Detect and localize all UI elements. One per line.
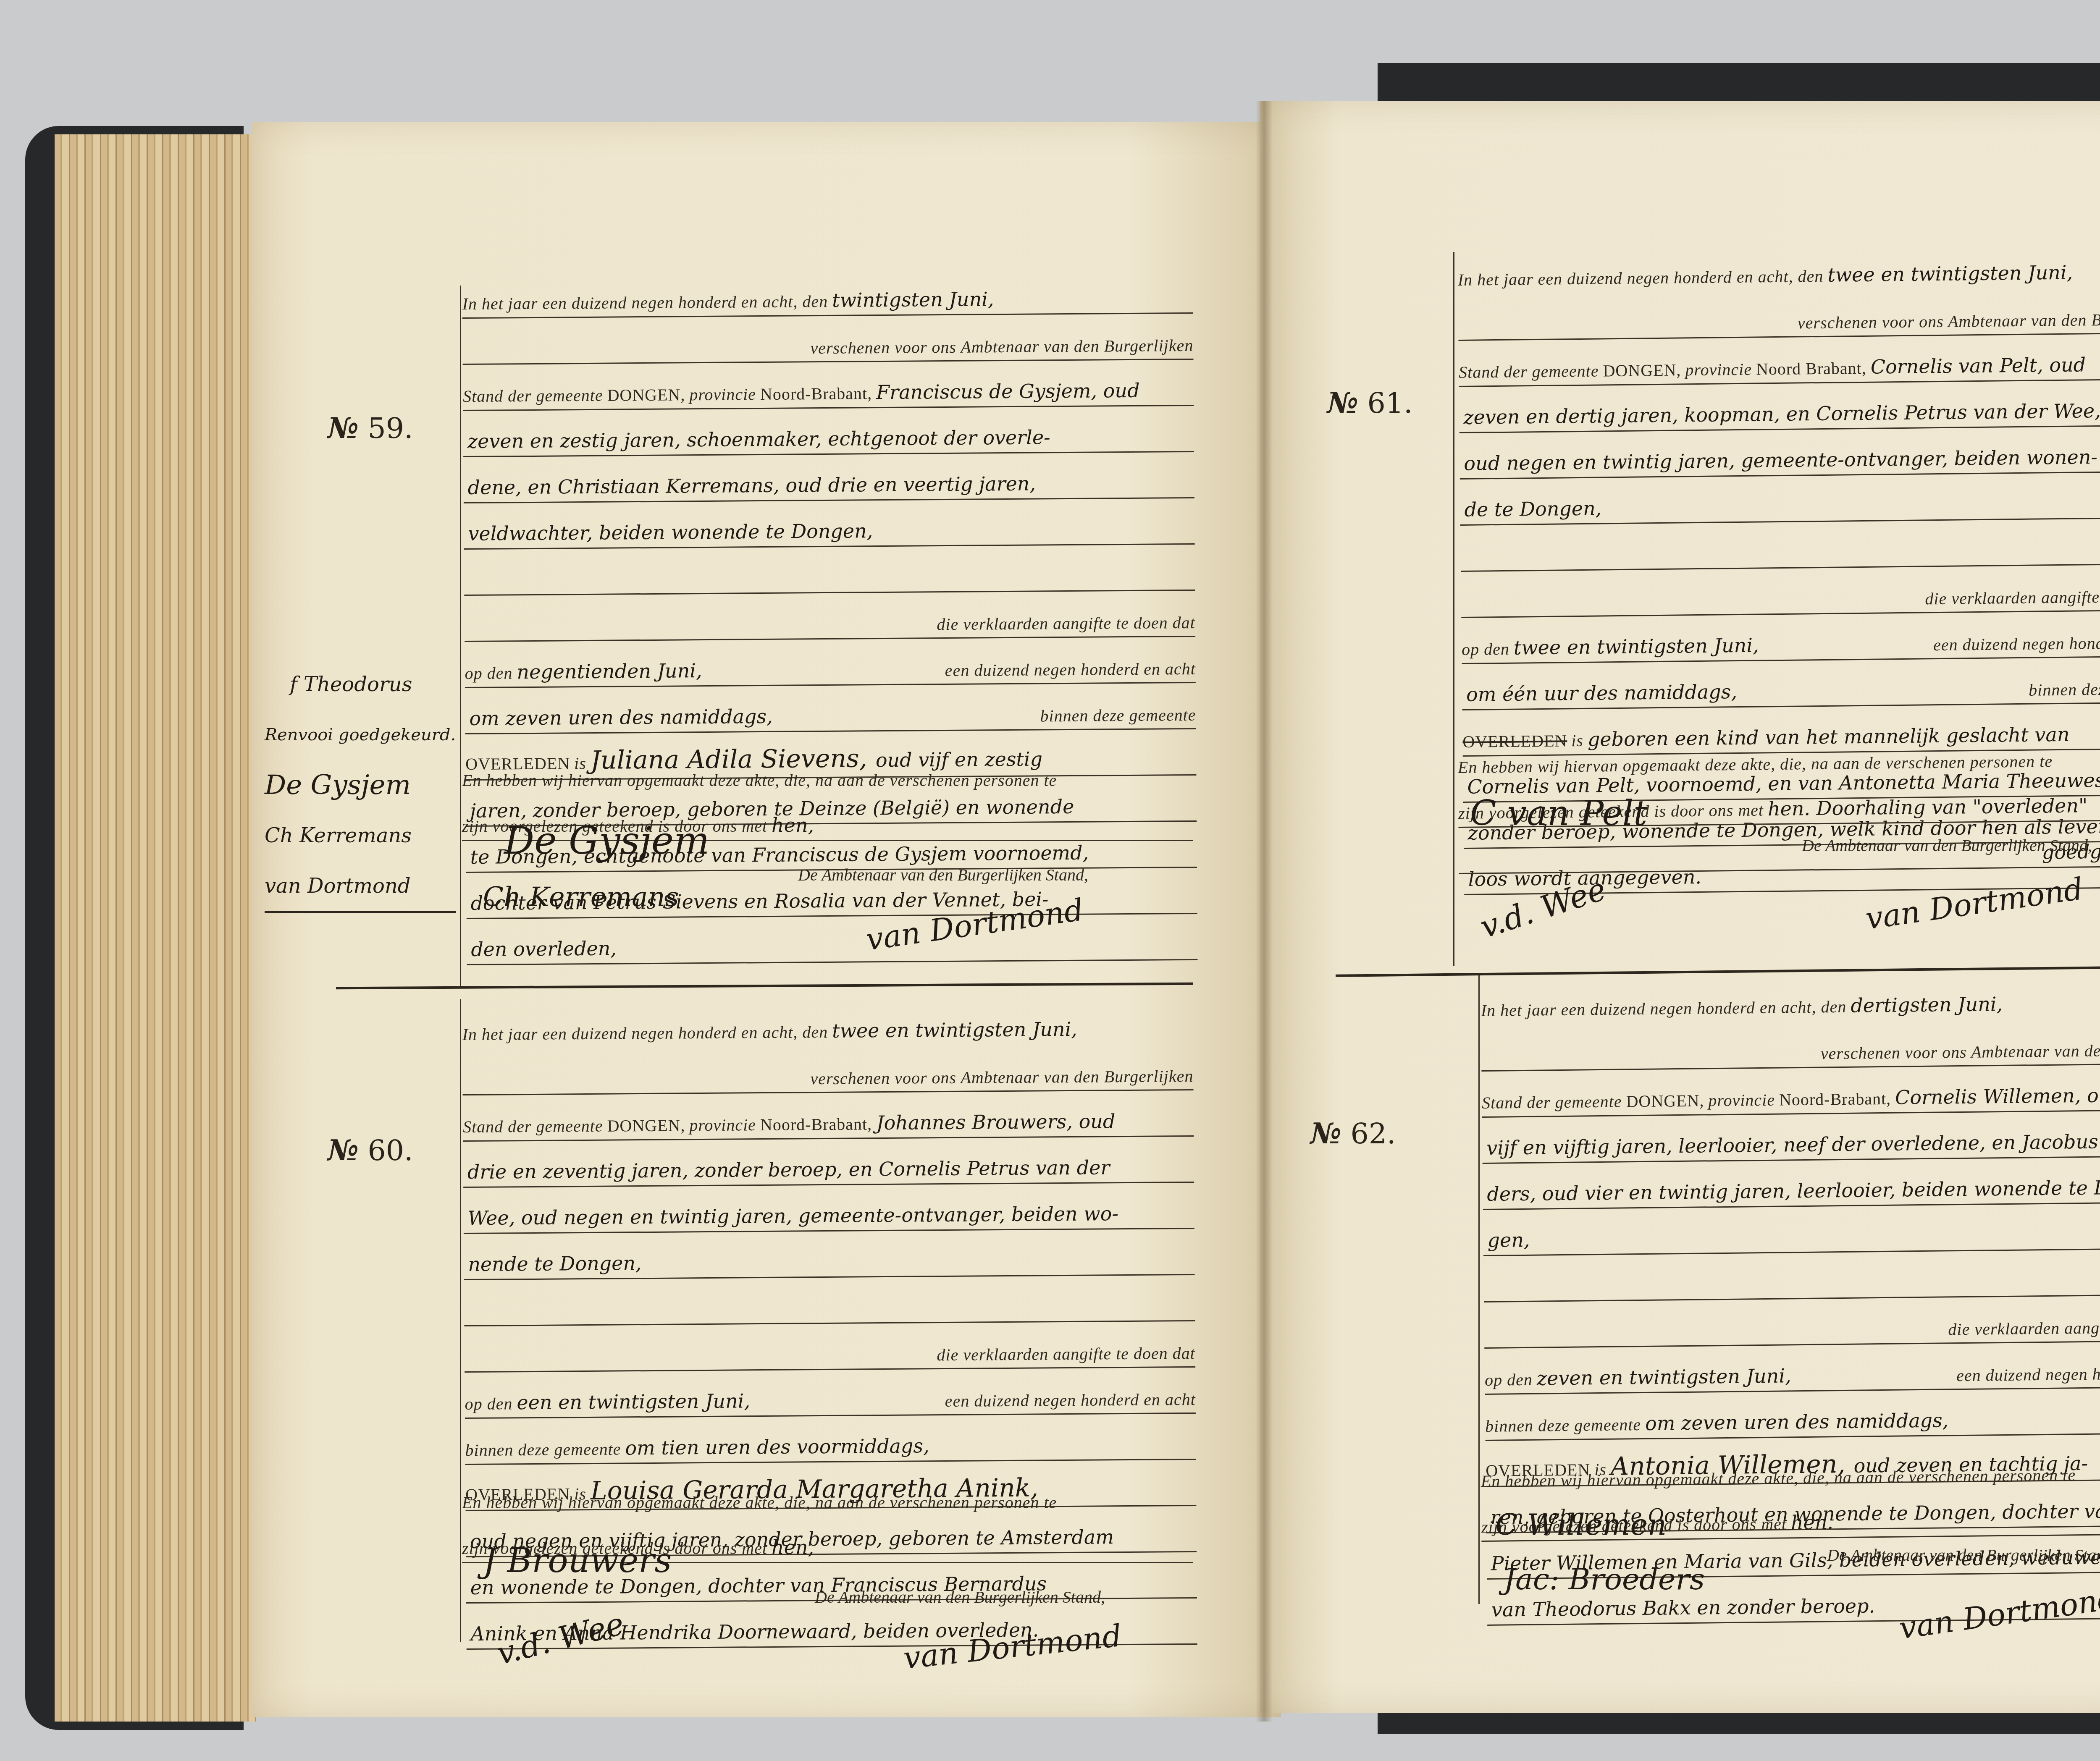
appearer-text: Wee, oud negen en twintig jaren, gemeent… xyxy=(467,1202,1118,1229)
form-text: een duizend negen honderd en acht xyxy=(945,659,1196,680)
appearer-text: nende te Dongen, xyxy=(468,1252,642,1276)
municipality: DONGEN, xyxy=(607,385,685,404)
form-text: een duizend negen honderd en acht xyxy=(945,1389,1196,1411)
number-sign: № xyxy=(328,411,359,445)
form-text: binnen deze gemeente xyxy=(2029,679,2100,700)
record-number-61: № 61. xyxy=(1327,386,1413,420)
form-text: provincie xyxy=(1708,1090,1775,1110)
form-text: op den xyxy=(1485,1370,1533,1389)
form-text: Stand der gemeente xyxy=(463,386,603,406)
form-text: In het jaar een duizend negen honderd en… xyxy=(1481,997,1847,1020)
form-text: die verklaarden aangifte te doen dat xyxy=(1925,586,2100,608)
deceased-details: den overleden, xyxy=(471,937,617,961)
appearer-text: Franciscus de Gysjem, oud xyxy=(876,379,1140,404)
form-text: binnen deze gemeente xyxy=(1040,705,1196,726)
deceased-details: van Theodorus Bakx en zonder beroep. xyxy=(1491,1594,1875,1621)
appearer-text: dene, en Christiaan Kerremans, oud drie … xyxy=(467,472,1036,499)
signature: De Gysjem xyxy=(504,819,709,863)
closing-hand: hen, xyxy=(772,1536,814,1559)
official-title: De Ambtenaar van den Burgerlijken Stand, xyxy=(815,1587,1105,1607)
death-date: een en twintigsten Juni, xyxy=(517,1389,750,1414)
number-sign: № xyxy=(328,1134,359,1167)
number-sign: № xyxy=(1327,386,1358,420)
book-gutter xyxy=(1256,101,1273,1722)
municipality: DONGEN, xyxy=(1603,360,1681,380)
form-text: provincie xyxy=(689,385,756,404)
death-time: om zeven uren des namiddags, xyxy=(469,705,773,730)
closing-text: En hebben wij hiervan opgemaakt deze akt… xyxy=(1458,751,2053,777)
margin-note-line: De Gysjem xyxy=(265,760,456,810)
death-date: twee en twintigsten Juni, xyxy=(1514,634,1759,659)
appearer-text: Cornelis van Pelt, oud xyxy=(1871,353,2086,378)
death-time: om één uur des namiddags, xyxy=(1466,680,1737,706)
death-date: negentienden Juni, xyxy=(517,659,702,683)
form-text: In het jaar een duizend negen honderd en… xyxy=(462,1022,828,1044)
margin-note-line: Ch Kerremans xyxy=(265,810,456,861)
appearer-text: gen, xyxy=(1487,1229,1530,1252)
form-text: op den xyxy=(1462,639,1509,659)
appearer-text: vijf en vijftig jaren, leerlooier, neef … xyxy=(1486,1129,2100,1159)
record-date: dertigsten Juni, xyxy=(1851,993,2003,1017)
form-text: In het jaar een duizend negen honderd en… xyxy=(462,292,828,313)
official-title: De Ambtenaar van den Burgerlijken Stand, xyxy=(798,865,1088,885)
appearer-text: de te Dongen, xyxy=(1464,497,1601,521)
appearer-text: zeven en zestig jaren, schoenmaker, echt… xyxy=(467,426,1050,453)
form-text: die verklaarden aangifte te doen dat xyxy=(937,1343,1195,1365)
page-edges-left xyxy=(55,134,256,1722)
form-text: op den xyxy=(465,663,513,683)
province: Noord Brabant, xyxy=(1756,359,1866,379)
form-text: binnen deze gemeente xyxy=(1485,1415,1641,1436)
form-text: provincie xyxy=(1685,360,1752,380)
margin-rule xyxy=(460,999,461,1642)
margin-note-line: Renvooi goedgekeurd. xyxy=(265,710,456,760)
signature: C Willemen xyxy=(1495,1507,1667,1542)
appearer-text: ders, oud vier en twintig jaren, leerloo… xyxy=(1487,1176,2100,1205)
appearer-text: Cornelis Willemen, oud xyxy=(1895,1084,2100,1109)
province: Noord-Brabant, xyxy=(760,1114,872,1134)
form-text: die verklaarden aangifte te doen dat xyxy=(937,613,1195,634)
death-time: om tien uren des voormiddags, xyxy=(625,1434,929,1459)
appearer-text: oud negen en twintig jaren, gemeente-ont… xyxy=(1464,445,2097,475)
record-number: 60. xyxy=(368,1134,413,1167)
appearer-text: Johannes Brouwers, oud xyxy=(876,1110,1116,1134)
record-date: twee en twintigsten Juni, xyxy=(832,1018,1077,1042)
municipality: DONGEN, xyxy=(607,1116,685,1135)
province: Noord-Brabant, xyxy=(760,384,872,404)
form-text: Stand der gemeente xyxy=(463,1116,603,1136)
municipality: DONGEN, xyxy=(1626,1091,1704,1111)
form-text: die verklaarden aangifte te doen dat xyxy=(1948,1317,2100,1339)
form-text: Stand der gemeente xyxy=(1459,361,1599,381)
record-number: 59. xyxy=(368,412,413,445)
form-text: verschenen voor ons Ambtenaar van den Bu… xyxy=(810,1066,1193,1088)
province: Noord-Brabant, xyxy=(1779,1089,1891,1109)
margin-rule xyxy=(1453,252,1454,966)
signature: C van Pelt xyxy=(1470,794,1647,833)
margin-note-line: van Dortmond xyxy=(265,861,456,913)
official-title: De Ambtenaar van den Burgerlijken Stand, xyxy=(1802,836,2092,855)
record-number: 61. xyxy=(1368,387,1413,420)
margin-annotation: f Theodorus Renvooi goedgekeurd. De Gysj… xyxy=(265,659,456,913)
form-text: een duizend negen honderd en acht xyxy=(1956,1363,2100,1385)
form-text: verschenen voor ons Ambtenaar van den Bu… xyxy=(1821,1040,2100,1064)
closing-text: En hebben wij hiervan opgemaakt deze akt… xyxy=(462,770,1057,790)
official-title: De Ambtenaar van den Burgerlijken Stand, xyxy=(1827,1545,2100,1565)
appearer-text: zeven en dertig jaren, koopman, en Corne… xyxy=(1463,399,2100,429)
closing-hand: hen. xyxy=(1791,1511,1834,1534)
appearer-text: veldwachter, beiden wonende te Dongen, xyxy=(468,519,873,545)
closing-hand: hen, xyxy=(772,814,814,836)
record-number-60: № 60. xyxy=(328,1134,413,1167)
closing-hand: hen. Doorhaling van "overleden" xyxy=(1768,794,2088,820)
death-time: om zeven uren des namiddags, xyxy=(1645,1409,1949,1435)
form-text: binnen deze gemeente xyxy=(465,1439,621,1460)
death-date: zeven en twintigsten Juni, xyxy=(1537,1364,1791,1389)
form-text: op den xyxy=(465,1394,513,1413)
form-text: In het jaar een duizend negen honderd en… xyxy=(1458,267,1824,289)
signature: J Brouwers xyxy=(483,1541,672,1580)
form-text: verschenen voor ons Ambtenaar van den Bu… xyxy=(1798,309,2100,333)
form-text: provincie xyxy=(689,1115,756,1135)
number-sign: № xyxy=(1310,1117,1341,1150)
appearer-text: drie en zeventig jaren, zonder beroep, e… xyxy=(467,1156,1110,1183)
form-text: Stand der gemeente xyxy=(1482,1092,1622,1112)
record-date: twee en twintigsten Juni, xyxy=(1827,261,2073,286)
record-number-59: № 59. xyxy=(328,411,413,445)
form-text: een duizend negen honderd en acht xyxy=(1933,632,2100,655)
closing-text: En hebben wij hiervan opgemaakt deze akt… xyxy=(1481,1465,2076,1491)
margin-rule xyxy=(460,286,461,987)
margin-rule xyxy=(1478,974,1480,1604)
closing-text: En hebben wij hiervan opgemaakt deze akt… xyxy=(462,1493,1057,1512)
record-number: 62. xyxy=(1351,1117,1396,1150)
signature: Ch Kerremans xyxy=(483,882,679,913)
margin-note-line: f Theodorus xyxy=(265,659,456,710)
record-number-62: № 62. xyxy=(1310,1117,1396,1150)
record-date: twintigsten Juni, xyxy=(832,288,994,312)
signature: Jac: Broeders xyxy=(1504,1562,1705,1596)
form-text: verschenen voor ons Ambtenaar van den Bu… xyxy=(810,335,1193,358)
